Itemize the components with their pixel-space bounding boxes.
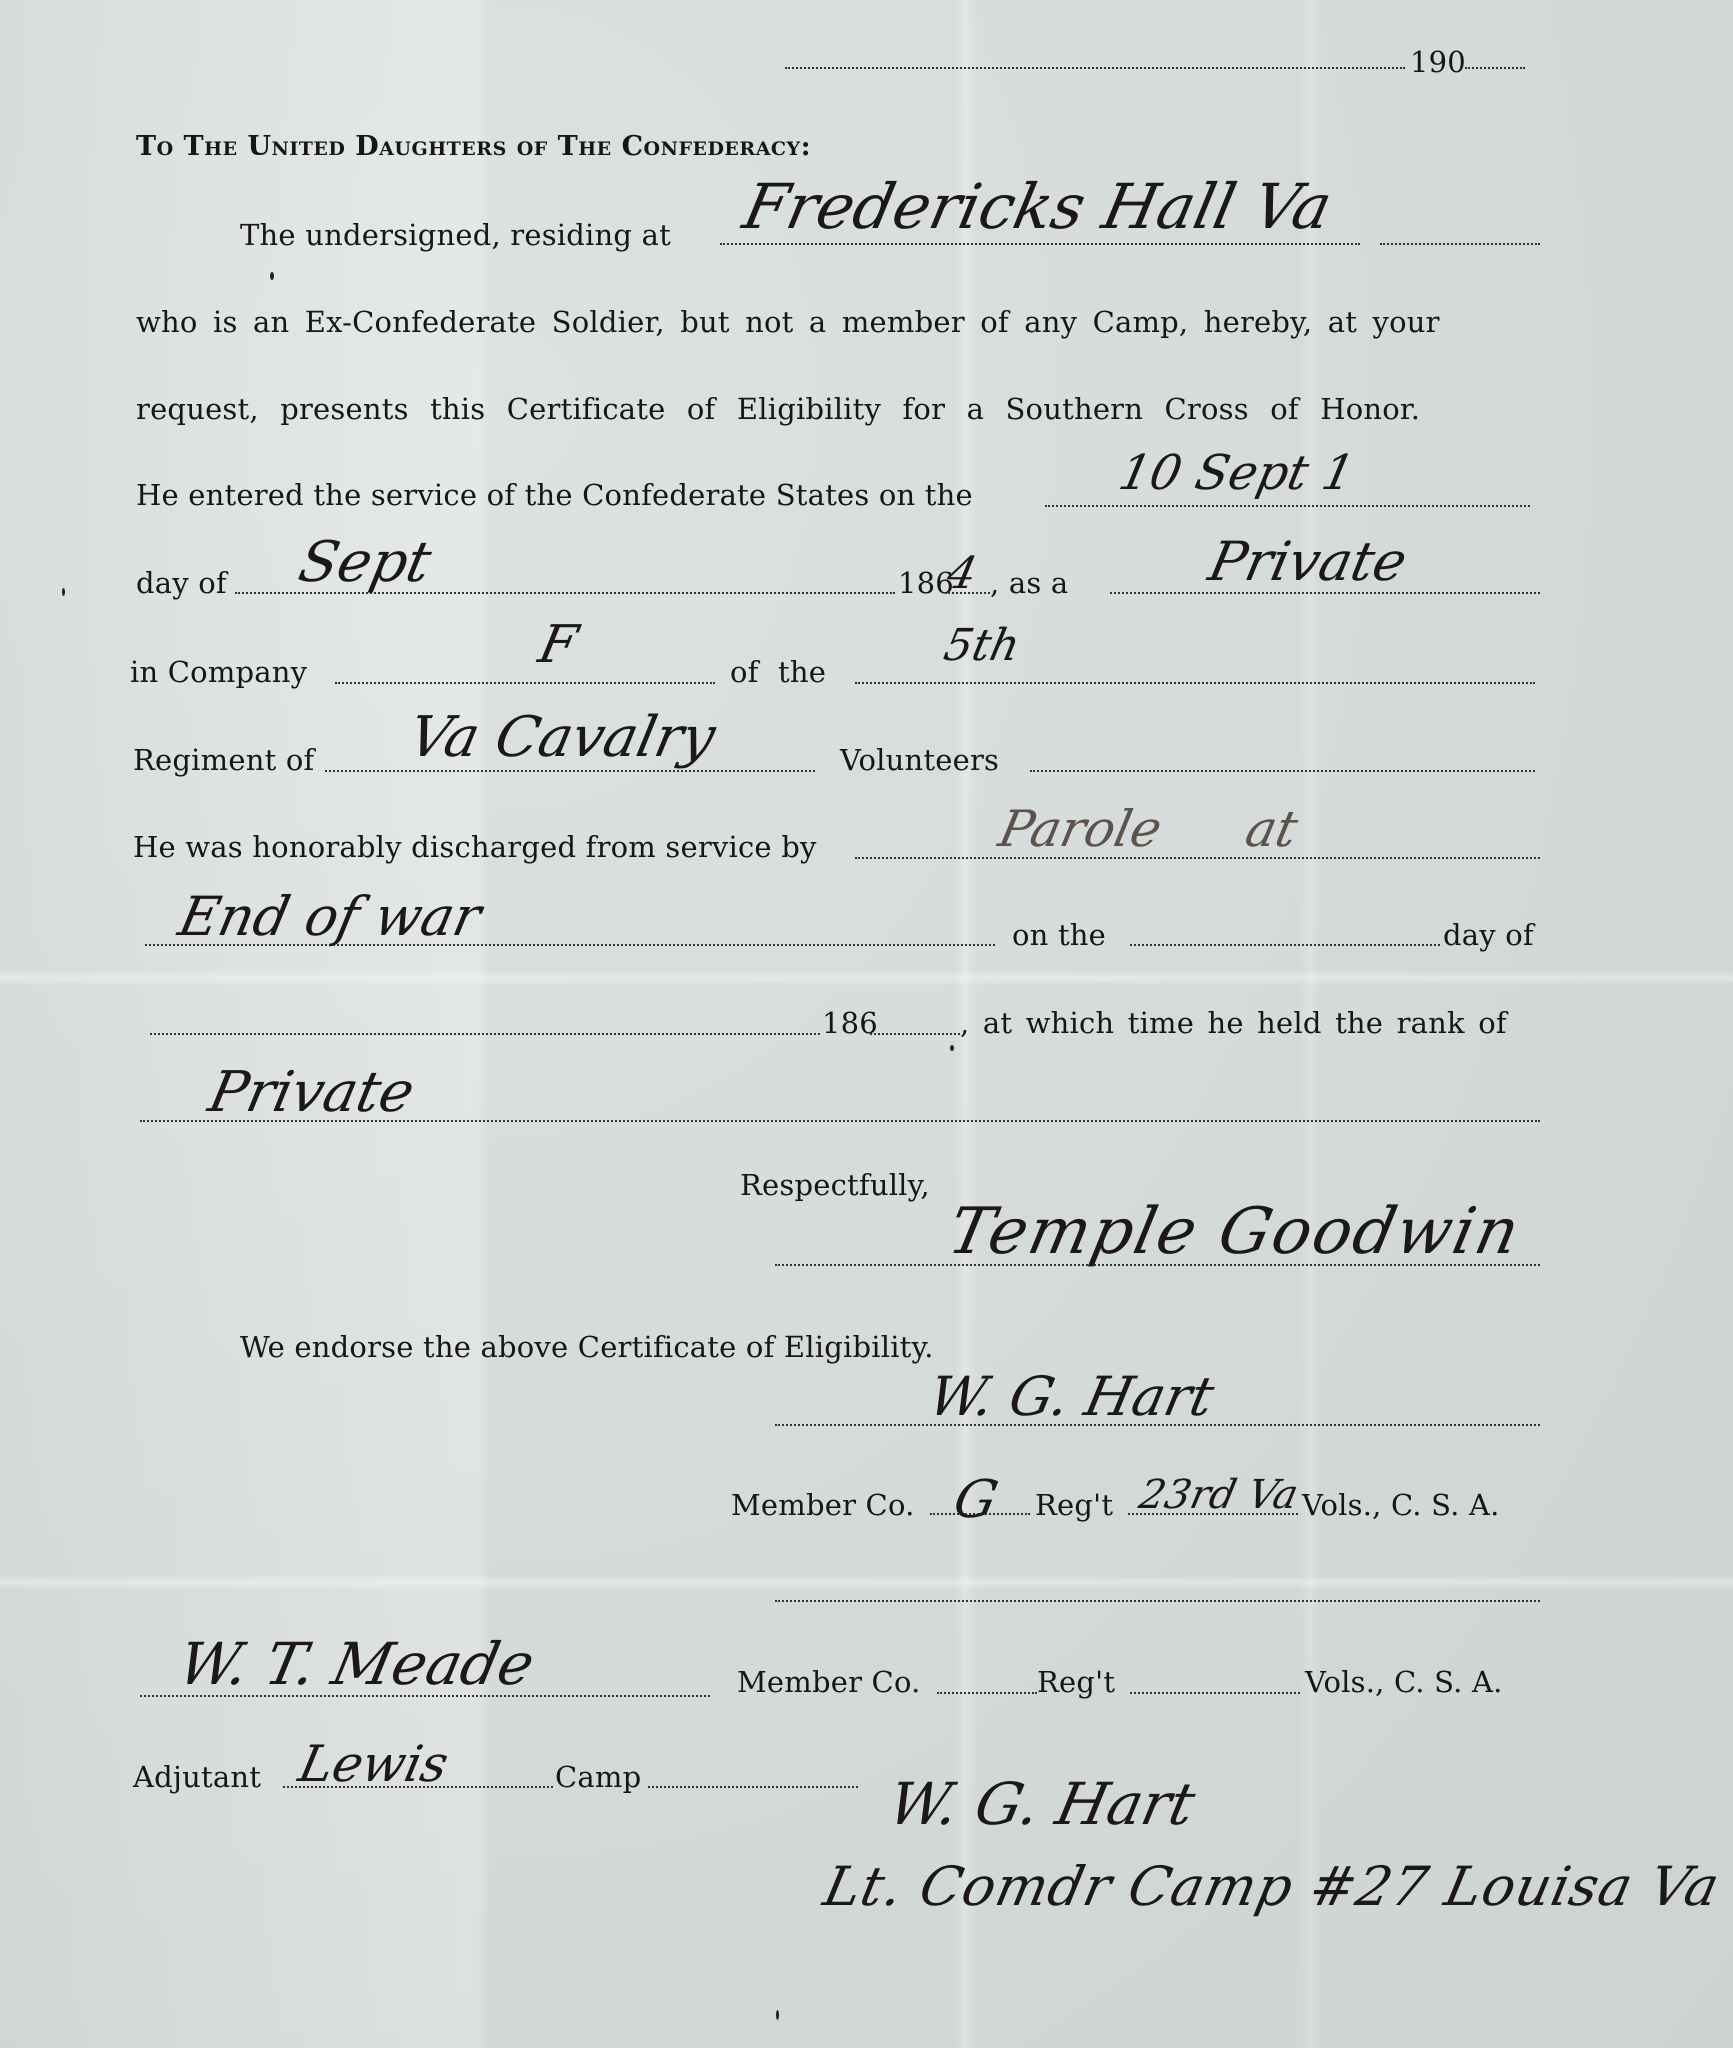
camp-field[interactable]: [648, 1786, 858, 1788]
endorser2-signature: W. T. Meade: [173, 1630, 541, 1698]
salutation: To The United Daughters of The Confedera…: [136, 130, 811, 164]
endorser1-regt-label: Reg't: [1035, 1488, 1113, 1522]
of-the-value: 5th: [940, 620, 1025, 671]
discharge-date-field[interactable]: [150, 1033, 820, 1035]
body-line-2: who is an Ex-Confederate Soldier, but no…: [136, 305, 1440, 339]
endorser1-vols-label: Vols., C. S. A.: [1302, 1488, 1500, 1522]
ink-speck: [270, 272, 274, 280]
rank-held-label: , at which time he held the rank of: [960, 1006, 1507, 1040]
adjutant-camp-name: Lewis: [294, 1735, 454, 1793]
discharged-by-value: Parole at: [994, 800, 1303, 858]
rank-held-value: Private: [203, 1060, 420, 1125]
regiment-value: Va Cavalry: [403, 705, 721, 770]
residing-value: Fredericks Hall Va: [737, 170, 1338, 243]
residing-label: The undersigned, residing at: [240, 218, 671, 252]
residing-field-ext: [1380, 243, 1540, 245]
company-field[interactable]: [335, 682, 715, 684]
date-line[interactable]: [785, 67, 1405, 69]
on-the-label: on the: [1012, 918, 1106, 952]
discharged-label: He was honorably discharged from service…: [133, 830, 817, 864]
adjutant-camp-label: Camp: [555, 1760, 641, 1794]
applicant-signature: Temple Goodwin: [942, 1195, 1527, 1269]
endorser1-signature: W. G. Hart: [923, 1365, 1219, 1428]
as-a-label: , as a: [990, 566, 1068, 600]
commander-title: Lt. Comdr Camp #27 Louisa Va: [818, 1855, 1725, 1918]
on-the-field[interactable]: [1130, 944, 1440, 946]
company-label: in Company: [130, 655, 307, 689]
volunteers-field[interactable]: [1030, 770, 1535, 772]
commander-signature: W. G. Hart: [883, 1770, 1201, 1838]
of-the-label: of the: [730, 655, 826, 689]
body-line-3: request, presents this Certificate of El…: [136, 392, 1420, 426]
adjutant-label: Adjutant: [133, 1760, 261, 1794]
entered-day-value: 10 Sept 1: [1114, 445, 1359, 501]
day-of-label-2: day of: [1443, 918, 1534, 952]
endorser1-regiment: 23rd Va: [1135, 1472, 1302, 1518]
ink-speck: [62, 588, 65, 596]
endorser2-regiment-field[interactable]: [1130, 1692, 1300, 1694]
endorsement-statement: We endorse the above Certificate of Elig…: [240, 1330, 934, 1364]
regiment-label: Regiment of: [133, 743, 314, 777]
respectfully-label: Respectfully,: [740, 1168, 930, 1202]
endorser2-vols-label: Vols., C. S. A.: [1305, 1665, 1503, 1699]
ink-speck: [950, 1045, 954, 1051]
endorser2-member-co-label: Member Co.: [737, 1665, 921, 1699]
day-of-value: Sept: [293, 530, 437, 595]
ink-speck: [776, 2010, 779, 2020]
endorser2-regt-label: Reg't: [1037, 1665, 1115, 1699]
entered-label: He entered the service of the Confederat…: [136, 478, 973, 512]
rank-value: Private: [1203, 530, 1412, 593]
volunteers-label: Volunteers: [840, 743, 999, 777]
day-of-label: day of: [136, 566, 227, 600]
entered-day-field[interactable]: [1045, 505, 1530, 507]
endorser-extra-line[interactable]: [775, 1600, 1540, 1602]
date-year-line[interactable]: [1465, 67, 1525, 69]
regiment-field[interactable]: [325, 770, 815, 772]
discharge-year-field[interactable]: [870, 1033, 960, 1035]
endorser1-member-co-label: Member Co.: [731, 1488, 915, 1522]
of-the-field[interactable]: [855, 682, 1535, 684]
discharged-place-value: End of war: [173, 885, 486, 948]
date-year-prefix: 190: [1410, 45, 1466, 79]
endorser2-company-field[interactable]: [937, 1692, 1037, 1694]
residing-field[interactable]: [720, 243, 1360, 245]
